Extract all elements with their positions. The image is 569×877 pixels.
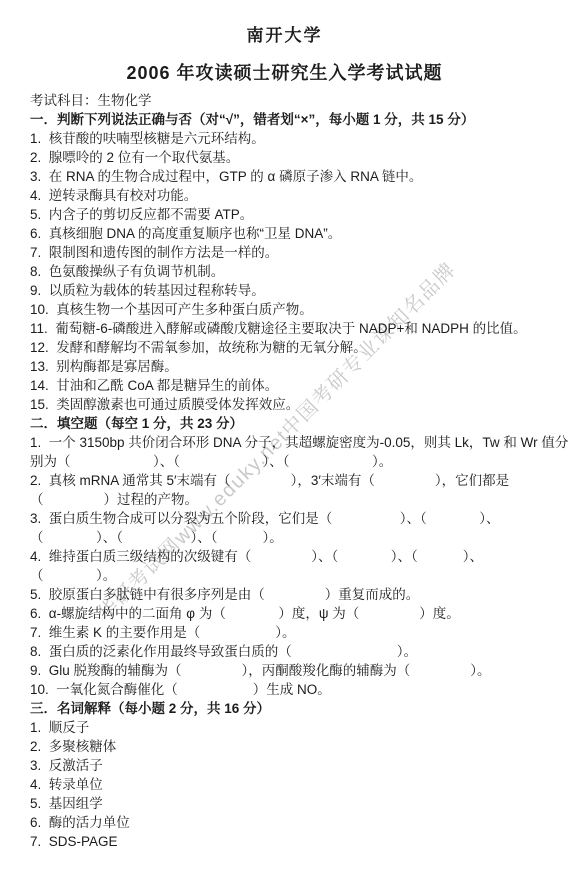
- term-item-5: 5. 基因组学: [30, 794, 568, 813]
- true-false-item-4: 4. 逆转录酶具有校对功能。: [30, 186, 568, 205]
- true-false-item-1: 1. 核苷酸的呋喃型核糖是六元环结构。: [30, 129, 568, 148]
- exam-body: 考试科目：生物化学 一．判断下列说法正确与否（对“√”，错者划“×”，每小题 1…: [30, 91, 568, 851]
- fill-blank-item-3: 3. 蛋白质生物合成可以分裂为五个阶段，它们是（ ）、（ ）、: [30, 509, 568, 528]
- fill-blank-item-7: 7. 维生素 K 的主要作用是（ ）。: [30, 623, 568, 642]
- subject-line: 考试科目：生物化学: [30, 91, 568, 110]
- fill-blank-item-6: 6. α-螺旋结构中的二面角 φ 为（ ）度，ψ 为（ ）度。: [30, 604, 568, 623]
- fill-blank-item-9: 9. Glu 脱羧酶的辅酶为（ ），丙酮酸羧化酶的辅酶为（ ）。: [30, 661, 568, 680]
- fill-blank-item-8: 8. 蛋白质的泛素化作用最终导致蛋白质的（ ）。: [30, 642, 568, 661]
- term-item-6: 6. 酶的活力单位: [30, 813, 568, 832]
- section-3-heading: 三．名词解释（每小题 2 分，共 16 分）: [30, 699, 568, 718]
- true-false-item-15: 15. 类固醇激素也可通过质膜受体发挥效应。: [30, 395, 568, 414]
- true-false-item-14: 14. 甘油和乙酰 CoA 都是糖异生的前体。: [30, 376, 568, 395]
- true-false-item-8: 8. 色氨酸操纵子有负调节机制。: [30, 262, 568, 281]
- fill-blank-item-10: 10. 一氧化氮合酶催化（ ）生成 NO。: [30, 680, 568, 699]
- true-false-item-6: 6. 真核细胞 DNA 的高度重复顺序也称“卫星 DNA”。: [30, 224, 568, 243]
- true-false-item-11: 11. 葡萄糖-6-磷酸进入酵解或磷酸戊糖途径主要取决于 NADP+和 NADP…: [30, 319, 568, 338]
- term-item-1: 1. 顺反子: [30, 718, 568, 737]
- true-false-item-12: 12. 发酵和酵解均不需氧参加，故统称为糖的无氧分解。: [30, 338, 568, 357]
- exam-paper-page: 华研考试网www.eduky.net中国考研专业课知名品牌 南开大学 2006 …: [0, 0, 569, 877]
- true-false-item-10: 10. 真核生物一个基因可产生多种蛋白质产物。: [30, 300, 568, 319]
- true-false-item-2: 2. 腺嘌呤的 2 位有一个取代氨基。: [30, 148, 568, 167]
- university-name: 南开大学: [0, 21, 569, 46]
- fill-blank-item-3-continuation: （ ）、（ ）、（ ）。: [30, 528, 568, 547]
- exam-title: 2006 年攻读硕士研究生入学考试试题: [0, 59, 569, 85]
- fill-blank-item-2-continuation: （ ）过程的产物。: [30, 490, 568, 509]
- true-false-item-9: 9. 以质粒为载体的转基因过程称转导。: [30, 281, 568, 300]
- section-2-heading: 二．填空题（每空 1 分，共 23 分）: [30, 414, 568, 433]
- true-false-item-3: 3. 在 RNA 的生物合成过程中，GTP 的 α 磷原子渗入 RNA 链中。: [30, 167, 568, 186]
- fill-blank-item-1-continuation: 别为（ ）、（ ）、（ ）。: [30, 452, 568, 471]
- fill-blank-item-4: 4. 维持蛋白质三级结构的次级键有（ ）、（ ）、（ ）、: [30, 547, 568, 566]
- fill-blank-item-4-continuation: （ ）。: [30, 566, 568, 585]
- fill-blank-item-5: 5. 胶原蛋白多肽链中有很多序列是由（ ）重复而成的。: [30, 585, 568, 604]
- true-false-item-13: 13. 别构酶都是寡居酶。: [30, 357, 568, 376]
- fill-blank-item-1: 1. 一个 3150bp 共价闭合环形 DNA 分子，其超螺旋密度为-0.05，…: [30, 433, 568, 452]
- fill-blank-item-2: 2. 真核 mRNA 通常其 5′末端有（ ），3′末端有（ ），它们都是: [30, 471, 568, 490]
- term-item-3: 3. 反激活子: [30, 756, 568, 775]
- term-item-2: 2. 多聚核糖体: [30, 737, 568, 756]
- true-false-item-5: 5. 内含子的剪切反应都不需要 ATP。: [30, 205, 568, 224]
- section-1-heading: 一．判断下列说法正确与否（对“√”，错者划“×”，每小题 1 分，共 15 分）: [30, 110, 568, 129]
- term-item-4: 4. 转录单位: [30, 775, 568, 794]
- true-false-item-7: 7. 限制图和遗传图的制作方法是一样的。: [30, 243, 568, 262]
- term-item-7: 7. SDS-PAGE: [30, 832, 568, 851]
